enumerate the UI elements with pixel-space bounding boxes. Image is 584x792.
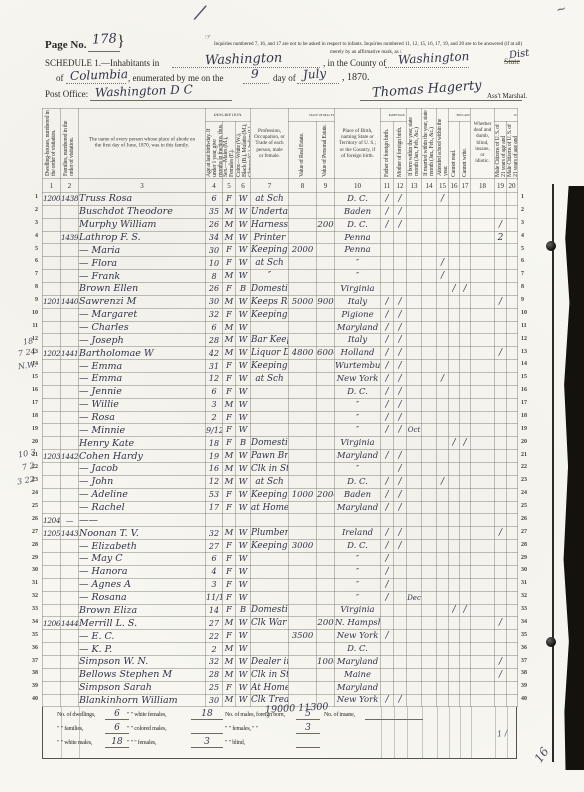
line-number-right: 35: [521, 632, 535, 638]
cell-family-number: [61, 591, 79, 604]
cell-married-month: [422, 681, 437, 694]
line-number-left: 19: [26, 426, 38, 432]
table-row: — Rosa2FW″//: [43, 411, 518, 424]
cell-occupation: at Home: [251, 501, 289, 514]
state-value: Columbia: [70, 67, 128, 83]
cell-birthplace: ″: [335, 463, 381, 476]
footer-column-rule: [449, 707, 450, 758]
cell-real-estate-value: [289, 231, 317, 244]
cell-birthplace: Italy: [335, 295, 381, 308]
line-number-left: 39: [26, 683, 38, 689]
cell-father-foreign-mark: /: [381, 501, 394, 514]
cell-age: 2: [206, 643, 223, 656]
cell-father-foreign-mark: [381, 668, 394, 681]
cell-name: — Jennie: [79, 385, 206, 398]
cell-real-estate-value: 1000: [289, 488, 317, 501]
footer-value: 6: [105, 709, 129, 719]
footer-blank-line: [296, 747, 320, 748]
cell-male-citizen-mark: 2: [495, 231, 507, 244]
cell-personal-estate-value: [317, 450, 335, 463]
cell-age: 4: [206, 565, 223, 578]
cell-mother-foreign-mark: /: [394, 373, 407, 386]
cell-real-estate-value: [289, 527, 317, 540]
cell-attended-school-mark: [437, 244, 449, 257]
col-header-birth-month: If born within the year, state month (Ja…: [407, 109, 422, 179]
cell-vote-denied-mark: [507, 475, 518, 488]
line-number-left: 6: [26, 258, 38, 264]
cell-vote-denied-mark: [507, 360, 518, 373]
col-header-deaf-dumb: Whether deaf and dumb, blind, insane, or…: [471, 109, 495, 179]
cell-attended-school-mark: [437, 385, 449, 398]
cell-vote-denied-mark: [507, 193, 518, 206]
line-number-right: 16: [521, 387, 535, 393]
cell-attended-school-mark: [437, 360, 449, 373]
cell-birthplace: Maryland: [335, 681, 381, 694]
cell-occupation: Dealer in Flour & Feed: [251, 655, 289, 668]
cell-father-foreign-mark: /: [381, 373, 394, 386]
cell-birthplace: ″: [335, 578, 381, 591]
table-row: 1439Lathrop F. S.34MWPrinterPenna2: [43, 231, 518, 244]
cell-vote-denied-mark: [507, 617, 518, 630]
cell-deaf-dumb: [471, 501, 495, 514]
cell-vote-denied-mark: [507, 321, 518, 334]
cell-personal-estate-value: [317, 463, 335, 476]
cell-married-month: [422, 385, 437, 398]
cell-sex: M: [223, 270, 236, 283]
cell-male-citizen-mark: [495, 193, 507, 206]
cell-sex: M: [223, 450, 236, 463]
cell-birth-month: [407, 501, 422, 514]
binding-rivet-top: [546, 241, 556, 251]
cell-male-citizen-mark: /: [495, 617, 507, 630]
cell-attended-school-mark: [437, 630, 449, 643]
cell-mother-foreign-mark: /: [394, 295, 407, 308]
footer-value: 18: [191, 709, 223, 719]
cell-real-estate-value: [289, 681, 317, 694]
cell-name: — Willie: [79, 398, 206, 411]
cell-personal-estate-value: 900: [317, 295, 335, 308]
cell-attended-school-mark: [437, 398, 449, 411]
marginalia-note: 16: [532, 745, 552, 766]
cell-vote-denied-mark: [507, 205, 518, 218]
footer-column-rule: [495, 707, 496, 758]
cell-deaf-dumb: [471, 578, 495, 591]
cell-male-citizen-mark: [495, 385, 507, 398]
col-header-mother-foreign: Mother of foreign birth.: [394, 122, 407, 179]
cell-occupation: at Sch: [251, 257, 289, 270]
cell-occupation: [251, 321, 289, 334]
cell-married-month: [422, 437, 437, 450]
cell-male-citizen-mark: [495, 694, 507, 707]
cell-cannot-read-mark: [449, 321, 460, 334]
cell-male-citizen-mark: /: [495, 527, 507, 540]
cell-deaf-dumb: [471, 540, 495, 553]
cell-personal-estate-value: [317, 437, 335, 450]
cell-deaf-dumb: [471, 373, 495, 386]
cell-color: W: [236, 244, 251, 257]
cell-name: Truss Rosa: [79, 193, 206, 206]
footer-label: ″ ″ colored males,: [127, 726, 166, 732]
cell-deaf-dumb: [471, 193, 495, 206]
cell-cannot-read-mark: [449, 373, 460, 386]
cell-vote-denied-mark: [507, 694, 518, 707]
cell-dwelling-number: [43, 655, 61, 668]
cell-sex: F: [223, 578, 236, 591]
table-row: — Jennie6FWD. C.//: [43, 385, 518, 398]
cell-mother-foreign-mark: /: [394, 540, 407, 553]
cell-attended-school-mark: [437, 347, 449, 360]
cell-sex: F: [223, 257, 236, 270]
cell-birth-month: [407, 373, 422, 386]
cell-family-number: [61, 218, 79, 231]
cell-vote-denied-mark: [507, 565, 518, 578]
cell-mother-foreign-mark: [394, 578, 407, 591]
cell-name: Simpson Sarah: [79, 681, 206, 694]
cell-attended-school-mark: [437, 308, 449, 321]
cell-father-foreign-mark: /: [381, 308, 394, 321]
cell-family-number: [61, 475, 79, 488]
cell-mother-foreign-mark: /: [394, 488, 407, 501]
cell-name: Simpson W. N.: [79, 655, 206, 668]
cell-family-number: [61, 630, 79, 643]
cell-male-citizen-mark: [495, 565, 507, 578]
cell-real-estate-value: [289, 398, 317, 411]
cell-family-number: [61, 334, 79, 347]
cell-vote-denied-mark: [507, 257, 518, 270]
cell-occupation: Keeping House: [251, 244, 289, 257]
footer-value: 18: [105, 737, 129, 747]
cell-cannot-read-mark: [449, 308, 460, 321]
cell-personal-estate-value: [317, 360, 335, 373]
cell-occupation: Printer: [251, 231, 289, 244]
cell-color: W: [236, 540, 251, 553]
line-number-left: 20: [26, 439, 38, 445]
cell-age: 17: [206, 501, 223, 514]
cell-mother-foreign-mark: [394, 681, 407, 694]
group-header-description: Description.: [206, 109, 251, 122]
cell-mother-foreign-mark: /: [394, 411, 407, 424]
cell-birth-month: [407, 205, 422, 218]
cell-family-number: [61, 553, 79, 566]
cell-deaf-dumb: [471, 398, 495, 411]
cell-attended-school-mark: [437, 283, 449, 296]
cell-male-citizen-mark: [495, 398, 507, 411]
cell-name: Sawrenzi M: [79, 295, 206, 308]
table-row: Henry Kate18FBDomestic ServantVirginia//: [43, 437, 518, 450]
cell-father-foreign-mark: [381, 463, 394, 476]
cell-personal-estate-value: 200: [317, 617, 335, 630]
cell-vote-denied-mark: [507, 463, 518, 476]
line-number-left: 32: [26, 593, 38, 599]
cell-sex: M: [223, 398, 236, 411]
cell-married-month: [422, 373, 437, 386]
cell-family-number: 1443: [61, 527, 79, 540]
cell-personal-estate-value: [317, 270, 335, 283]
cell-cannot-write-mark: [460, 694, 471, 707]
cell-birth-month: Oct: [407, 424, 422, 437]
cell-real-estate-value: [289, 411, 317, 424]
cell-attended-school-mark: [437, 553, 449, 566]
cell-father-foreign-mark: /: [381, 540, 394, 553]
cell-personal-estate-value: [317, 540, 335, 553]
page-no-value: 178: [92, 31, 118, 47]
footer-label: ″ ″ families,: [57, 726, 83, 732]
cell-family-number: [61, 385, 79, 398]
cell-mother-foreign-mark: [394, 655, 407, 668]
cell-birth-month: [407, 257, 422, 270]
cell-sex: M: [223, 463, 236, 476]
col-header-attended-school: Attended school within the year.: [437, 109, 449, 179]
line-number-right: 10: [521, 310, 535, 316]
group-header-parentage: Parentage.: [381, 109, 407, 122]
cell-vote-denied-mark: [507, 231, 518, 244]
table-row: — Elizabeth27FWKeeping House3000D. C.//: [43, 540, 518, 553]
line-number-right: 25: [521, 503, 535, 509]
line-number-left: 31: [26, 580, 38, 586]
cell-attended-school-mark: [437, 540, 449, 553]
cell-age: 6: [206, 321, 223, 334]
cell-birth-month: [407, 681, 422, 694]
cell-dwelling-number: 1203: [43, 450, 61, 463]
line-number-left: 10: [26, 310, 38, 316]
cell-mother-foreign-mark: /: [394, 450, 407, 463]
cell-personal-estate-value: [317, 373, 335, 386]
cell-cannot-write-mark: [460, 218, 471, 231]
cell-deaf-dumb: [471, 257, 495, 270]
footer-column-rule: [394, 707, 395, 758]
line-number-left: 33: [26, 606, 38, 612]
cell-attended-school-mark: /: [437, 373, 449, 386]
cell-cannot-read-mark: [449, 668, 460, 681]
cell-birthplace: New York: [335, 373, 381, 386]
cell-vote-denied-mark: [507, 244, 518, 257]
cell-birthplace: Maryland: [335, 321, 381, 334]
cell-attended-school-mark: [437, 668, 449, 681]
cell-male-citizen-mark: [495, 321, 507, 334]
cell-name: Brown Ellen: [79, 283, 206, 296]
cell-real-estate-value: [289, 308, 317, 321]
cell-family-number: [61, 463, 79, 476]
cell-attended-school-mark: [437, 231, 449, 244]
cell-age: 53: [206, 488, 223, 501]
marginalia-note: 1 /: [497, 729, 508, 739]
cell-married-month: [422, 360, 437, 373]
cell-sex: M: [223, 694, 236, 707]
cell-cannot-write-mark: [460, 424, 471, 437]
cell-color: W: [236, 501, 251, 514]
cell-deaf-dumb: [471, 694, 495, 707]
cell-sex: M: [223, 231, 236, 244]
cell-mother-foreign-mark: [394, 643, 407, 656]
cell-male-citizen-mark: [495, 475, 507, 488]
cell-occupation: [251, 398, 289, 411]
cell-sex: M: [223, 205, 236, 218]
binding-rivet-bottom: [546, 637, 556, 647]
cell-birth-month: [407, 655, 422, 668]
cell-mother-foreign-mark: [394, 565, 407, 578]
census-page-scan: Page No. 178 } ☞ Inquiries numbered 7, 1…: [0, 0, 584, 792]
cell-male-citizen-mark: /: [495, 295, 507, 308]
cell-occupation: Pawn Broker: [251, 450, 289, 463]
cell-real-estate-value: [289, 205, 317, 218]
cell-occupation: Harness Maker: [251, 218, 289, 231]
col-header-color: Color.—White (W.), Black (B.), Mulatto (…: [236, 122, 251, 179]
cell-attended-school-mark: /: [437, 257, 449, 270]
cell-color: W: [236, 694, 251, 707]
cell-mother-foreign-mark: /: [394, 527, 407, 540]
cell-real-estate-value: [289, 437, 317, 450]
cell-married-month: [422, 694, 437, 707]
cell-birth-month: [407, 643, 422, 656]
footer-label: No. of insane,: [324, 712, 355, 718]
col-header-birthplace: Place of Birth, naming State or Territor…: [335, 109, 381, 179]
footer-blank-line: [105, 733, 129, 734]
post-office-underline: [90, 100, 232, 101]
day-blank-line: [243, 83, 269, 84]
cell-cannot-read-mark: [449, 463, 460, 476]
cell-age: 34: [206, 231, 223, 244]
cell-father-foreign-mark: /: [381, 630, 394, 643]
cell-personal-estate-value: [317, 668, 335, 681]
table-row: — Frank8MW″″/: [43, 270, 518, 283]
col-header-male-citizen: Male Citizens of U. S. of 21 years of ag…: [495, 122, 507, 179]
cell-father-foreign-mark: /: [381, 205, 394, 218]
cell-family-number: 1442: [61, 450, 79, 463]
cell-personal-estate-value: [317, 578, 335, 591]
table-row: — Charles6MWMaryland//: [43, 321, 518, 334]
cell-dwelling-number: [43, 283, 61, 296]
col-header-personal-estate: Value of Personal Estate.: [317, 122, 335, 179]
cell-real-estate-value: [289, 604, 317, 617]
cell-deaf-dumb: [471, 630, 495, 643]
cell-deaf-dumb: [471, 488, 495, 501]
line-number-right: 31: [521, 580, 535, 586]
cell-cannot-read-mark: [449, 347, 460, 360]
cell-real-estate-value: [289, 424, 317, 437]
table-row: 12001438Truss Rosa6FWat SchD. C.///: [43, 193, 518, 206]
cell-cannot-write-mark: /: [460, 283, 471, 296]
cell-sex: F: [223, 385, 236, 398]
cell-occupation: Clk in Store: [251, 668, 289, 681]
cell-age: 11/12: [206, 591, 223, 604]
line-number-left: 8: [26, 284, 38, 290]
cell-attended-school-mark: [437, 681, 449, 694]
cell-personal-estate-value: [317, 604, 335, 617]
cell-family-number: [61, 411, 79, 424]
cell-personal-estate-value: [317, 257, 335, 270]
footer-column-rule: [471, 707, 472, 758]
line-number-right: 2: [521, 207, 535, 213]
cell-personal-estate-value: 2000: [317, 488, 335, 501]
cell-married-month: [422, 488, 437, 501]
cell-birthplace: ″: [335, 270, 381, 283]
cell-real-estate-value: [289, 617, 317, 630]
cell-birth-month: [407, 321, 422, 334]
cell-deaf-dumb: [471, 604, 495, 617]
cell-male-citizen-mark: [495, 205, 507, 218]
cell-name: — Joseph: [79, 334, 206, 347]
cell-deaf-dumb: [471, 463, 495, 476]
cell-birth-month: [407, 308, 422, 321]
cell-sex: M: [223, 347, 236, 360]
cell-married-month: [422, 295, 437, 308]
cell-father-foreign-mark: /: [381, 411, 394, 424]
cell-real-estate-value: [289, 385, 317, 398]
cell-real-estate-value: [289, 450, 317, 463]
cell-occupation: Liquor Dealer: [251, 347, 289, 360]
cell-deaf-dumb: [471, 617, 495, 630]
cell-male-citizen-mark: /: [495, 347, 507, 360]
footer-value: 3: [296, 723, 320, 733]
post-office-value: Washington D C: [95, 82, 193, 99]
cell-sex: M: [223, 321, 236, 334]
cell-birth-month: [407, 578, 422, 591]
cell-deaf-dumb: [471, 424, 495, 437]
cell-color: W: [236, 450, 251, 463]
cell-name: Blankinhorn William: [79, 694, 206, 707]
cell-dwelling-number: [43, 205, 61, 218]
cell-male-citizen-mark: [495, 463, 507, 476]
cell-birth-month: [407, 283, 422, 296]
cell-real-estate-value: [289, 565, 317, 578]
cell-personal-estate-value: 200: [317, 218, 335, 231]
cell-real-estate-value: 5000: [289, 295, 317, 308]
cell-cannot-write-mark: [460, 231, 471, 244]
marginalia-note: 3 22: [16, 475, 35, 487]
cell-male-citizen-mark: [495, 334, 507, 347]
cell-family-number: [61, 668, 79, 681]
cell-attended-school-mark: [437, 694, 449, 707]
cell-attended-school-mark: [437, 205, 449, 218]
line-number-left: 24: [26, 490, 38, 496]
cell-attended-school-mark: [437, 437, 449, 450]
cell-deaf-dumb: [471, 565, 495, 578]
cell-family-number: [61, 604, 79, 617]
cell-male-citizen-mark: [495, 244, 507, 257]
cell-color: W: [236, 257, 251, 270]
cell-color: B: [236, 604, 251, 617]
day-of-label: day of: [273, 73, 296, 83]
cell-sex: F: [223, 373, 236, 386]
cell-color: W: [236, 463, 251, 476]
cell-deaf-dumb: [471, 308, 495, 321]
cell-color: W: [236, 385, 251, 398]
cell-deaf-dumb: [471, 475, 495, 488]
cell-dwelling-number: [43, 334, 61, 347]
cell-cannot-read-mark: /: [449, 604, 460, 617]
page-no-label: Page No.: [45, 39, 87, 51]
table-row: 12031442Cohen Hardy19MWPawn BrokerMaryla…: [43, 450, 518, 463]
cell-personal-estate-value: [317, 385, 335, 398]
cell-married-month: [422, 514, 437, 527]
line-number-left: 25: [26, 503, 38, 509]
cell-occupation: ″: [251, 270, 289, 283]
cell-occupation: Bar Keeper: [251, 334, 289, 347]
cell-personal-estate-value: [317, 244, 335, 257]
table-row: 12021441Bartholomae W42MWLiquor Dealer48…: [43, 347, 518, 360]
cell-age: [206, 514, 223, 527]
cell-male-citizen-mark: [495, 257, 507, 270]
cell-dwelling-number: [43, 565, 61, 578]
cell-dwelling-number: [43, 553, 61, 566]
cell-color: W: [236, 270, 251, 283]
cell-cannot-write-mark: [460, 527, 471, 540]
cell-sex: [223, 514, 236, 527]
cell-occupation: At Home: [251, 681, 289, 694]
cell-mother-foreign-mark: [394, 244, 407, 257]
cell-vote-denied-mark: [507, 218, 518, 231]
footer-value: 6: [105, 723, 129, 733]
